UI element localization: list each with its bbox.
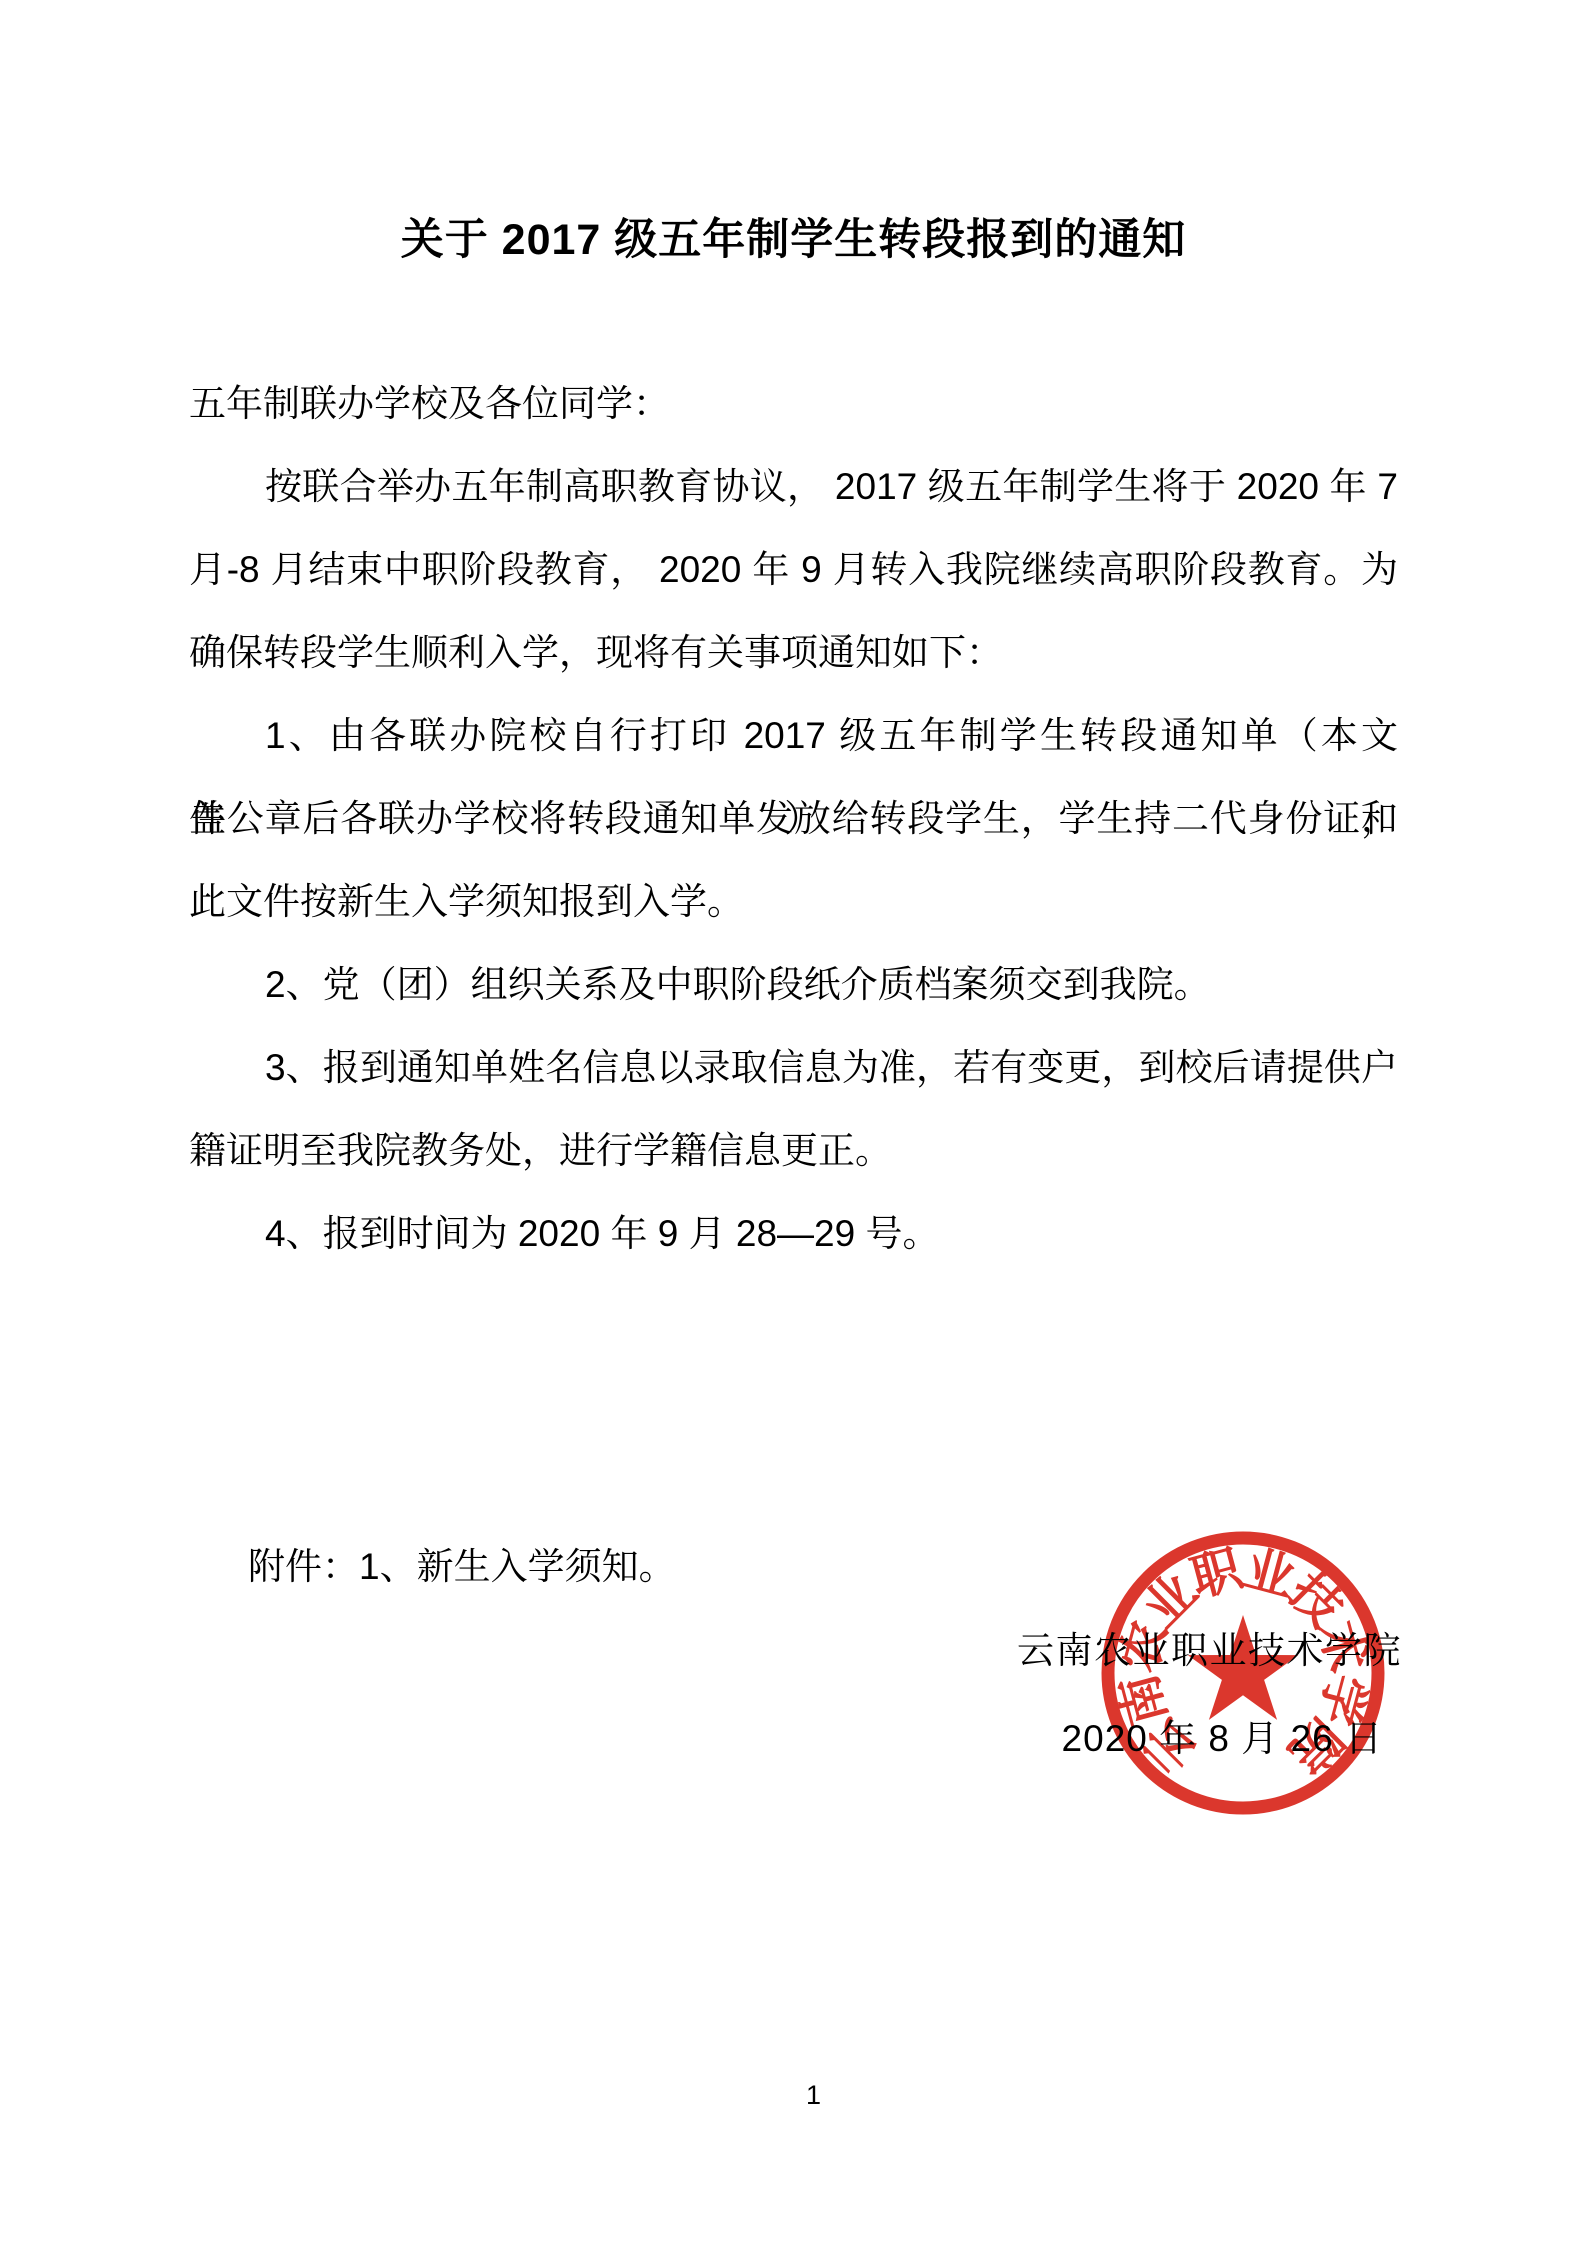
body-line: 4、报到时间为 2020 年 9 月 28—29 号。 [189, 1192, 1398, 1275]
signature-date: 2020 年 8 月 26 日 [1062, 1697, 1383, 1780]
page-title: 关于 2017 级五年制学生转段报到的通知 [0, 206, 1587, 267]
body-line: 3、报到通知单姓名信息以录取信息为准，若有变更，到校后请提供户 [189, 1026, 1398, 1109]
document-page: 关于 2017 级五年制学生转段报到的通知 五年制联办学校及各位同学：按联合举办… [0, 0, 1587, 2245]
body-line: 月-8 月结束中职阶段教育， 2020 年 9 月转入我院继续高职阶段教育。为 [189, 528, 1398, 611]
body-line: 籍证明至我院教务处，进行学籍信息更正。 [189, 1109, 1398, 1192]
signature-organization: 云南农业职业技术学院 [1017, 1609, 1402, 1692]
notice-body: 五年制联办学校及各位同学：按联合举办五年制高职教育协议， 2017 级五年制学生… [189, 362, 1398, 1275]
body-line: 盖公章后各联办学校将转段通知单发放给转段学生，学生持二代身份证和 [189, 777, 1398, 860]
body-line: 确保转段学生顺利入学，现将有关事项通知如下： [189, 611, 1398, 694]
body-line: 1、由各联办院校自行打印 2017 级五年制学生转段通知单（本文件）， [189, 694, 1398, 777]
body-line: 此文件按新生入学须知报到入学。 [189, 860, 1398, 943]
body-line: 2、党（团）组织关系及中职阶段纸介质档案须交到我院。 [189, 943, 1398, 1026]
body-line: 按联合举办五年制高职教育协议， 2017 级五年制学生将于 2020 年 7 [189, 445, 1398, 528]
attachment-line: 附件：1、新生入学须知。 [248, 1525, 676, 1608]
page-number: 1 [806, 2082, 821, 2109]
body-line: 五年制联办学校及各位同学： [189, 362, 1398, 445]
